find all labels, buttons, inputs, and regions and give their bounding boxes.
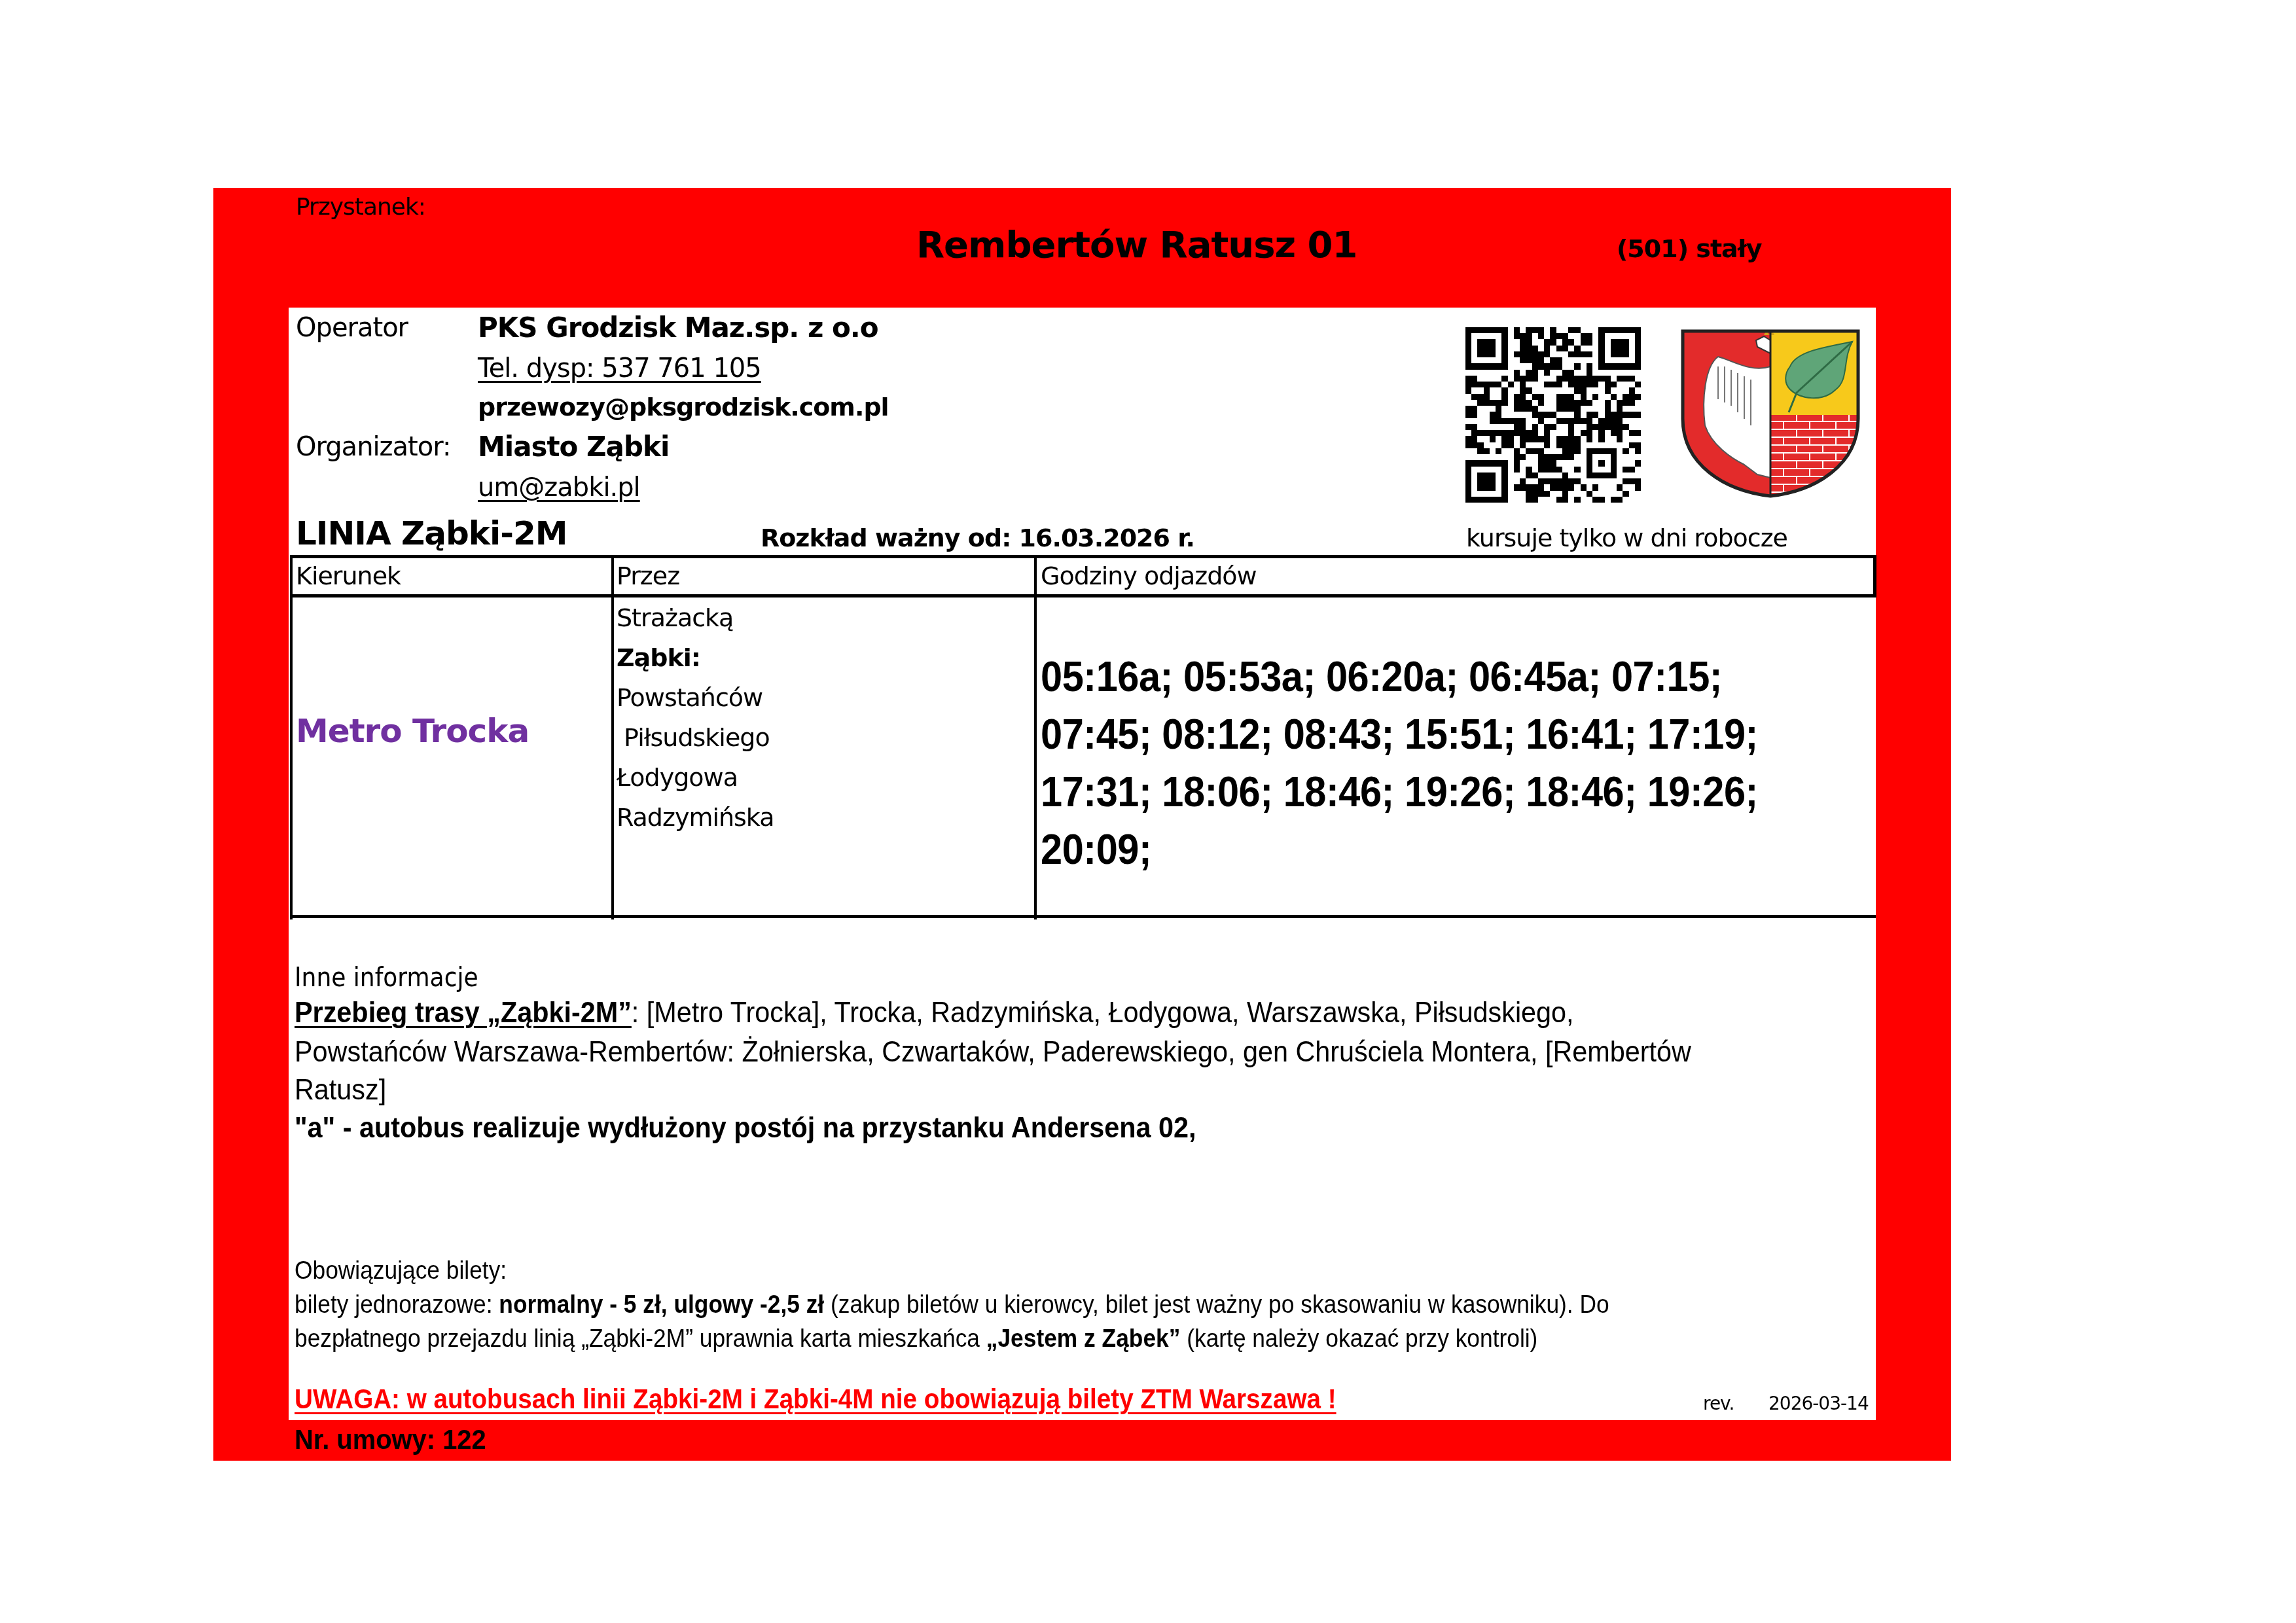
route-line-1: Przebieg trasy „Ząbki-2M”: [Metro Trocka…	[295, 995, 1574, 1031]
direction-name: Metro Trocka	[296, 712, 529, 750]
tickets-line-1-post: (zakup biletów u kierowcy, bilet jest wa…	[824, 1291, 1609, 1319]
departure-time: 19:26;	[1647, 768, 1758, 815]
header-via: Przez	[617, 562, 679, 590]
departure-time: 07:15;	[1611, 653, 1722, 700]
departure-time: 16:41;	[1526, 711, 1647, 758]
table-header-bottom	[290, 594, 1876, 597]
table-border-right	[1873, 555, 1876, 597]
departure-time: 19:26;	[1405, 768, 1526, 815]
departure-time: 06:20a;	[1326, 653, 1469, 700]
tickets-heading: Obowiązujące bilety:	[295, 1255, 507, 1287]
line-title: LINIA Ząbki-2M	[296, 514, 567, 552]
via-stop: Powstańców	[617, 683, 762, 712]
departure-time: 08:12;	[1162, 711, 1283, 758]
operator-phone[interactable]: Tel. dysp: 537 761 105	[478, 353, 761, 383]
departure-time: 17:19;	[1647, 711, 1758, 758]
departure-time: 18:46;	[1526, 768, 1647, 815]
column-divider-1	[611, 555, 614, 919]
departure-time: 05:16a;	[1041, 653, 1183, 700]
via-stop: Radzymińska	[617, 803, 774, 832]
departure-time: 17:31;	[1041, 768, 1162, 815]
departure-times: 05:16a; 05:53a; 06:20a; 06:45a; 07:15; 0…	[1041, 648, 1808, 878]
departure-time: 18:06;	[1162, 768, 1283, 815]
tickets-line-1-pre: bilety jednorazowe:	[295, 1291, 499, 1319]
route-line-3: Ratusz]	[295, 1072, 386, 1109]
tickets-line-2-post: (kartę należy okazać przy kontroli)	[1180, 1325, 1537, 1353]
valid-from: Rozkład ważny od: 16.03.2026 r.	[761, 524, 1194, 552]
tickets-line-1: bilety jednorazowe: normalny - 5 zł, ulg…	[295, 1289, 1609, 1321]
header-departures: Godziny odjazdów	[1041, 562, 1257, 590]
via-stop: Łodygowa	[617, 763, 738, 792]
operating-days: kursuje tylko w dni robocze	[1466, 524, 1787, 552]
departure-time: 20:09;	[1041, 826, 1151, 873]
table-border-top	[290, 555, 1876, 558]
departure-time: 08:43;	[1283, 711, 1405, 758]
departure-time: 05:53a;	[1183, 653, 1326, 700]
via-stop: Piłsudskiego	[617, 723, 770, 752]
table-border-bottom	[290, 915, 1876, 918]
info-heading: Inne informacje	[295, 959, 478, 996]
stop-label: Przystanek:	[296, 194, 425, 221]
stop-code: (501) stały	[1617, 234, 1762, 263]
qr-code-icon[interactable]	[1456, 327, 1650, 503]
column-divider-2	[1034, 555, 1037, 919]
stop-name: Rembertów Ratusz 01	[916, 224, 1357, 266]
organizer-name: Miasto Ząbki	[478, 431, 669, 463]
ztm-warning: UWAGA: w autobusach linii Ząbki-2M i Ząb…	[295, 1383, 1336, 1415]
tickets-line-2: bezpłatnego przejazdu linią „Ząbki-2M” u…	[295, 1323, 1537, 1355]
departure-time: 07:45;	[1041, 711, 1162, 758]
ticket-prices: normalny - 5 zł, ulgowy -2,5 zł	[499, 1291, 824, 1319]
operator-email[interactable]: przewozy@pksgrodzisk.com.pl	[478, 393, 889, 421]
organizer-email[interactable]: um@zabki.pl	[478, 473, 640, 503]
route-line-2: Powstańców Warszawa-Rembertów: Żołniersk…	[295, 1034, 1691, 1071]
operator-name: PKS Grodzisk Maz.sp. z o.o	[478, 312, 878, 344]
operator-label: Operator	[296, 313, 408, 343]
coat-of-arms-icon	[1679, 327, 1862, 499]
departure-time: 18:46;	[1283, 768, 1405, 815]
departure-time: 15:51;	[1405, 711, 1526, 758]
departure-time: 06:45a;	[1469, 653, 1611, 700]
revision-date: 2026-03-14	[1768, 1393, 1869, 1414]
organizer-label: Organizator:	[296, 432, 450, 462]
tickets-line-2-pre: bezpłatnego przejazdu linią „Ząbki-2M” u…	[295, 1325, 986, 1353]
resident-card-name: „Jestem z Ząbek”	[986, 1325, 1181, 1353]
revision-label: rev.	[1703, 1393, 1734, 1414]
table-border-left	[290, 555, 293, 919]
via-stop: Ząbki:	[617, 643, 700, 672]
route-label: Przebieg trasy „Ząbki-2M”	[295, 997, 632, 1029]
header-direction: Kierunek	[296, 562, 401, 590]
contract-number: Nr. umowy: 122	[295, 1424, 486, 1455]
note-a: "a" - autobus realizuje wydłużony postój…	[295, 1110, 1196, 1147]
via-stop: Strażacką	[617, 603, 733, 632]
route-text-1: : [Metro Trocka], Trocka, Radzymińska, Ł…	[632, 997, 1574, 1029]
